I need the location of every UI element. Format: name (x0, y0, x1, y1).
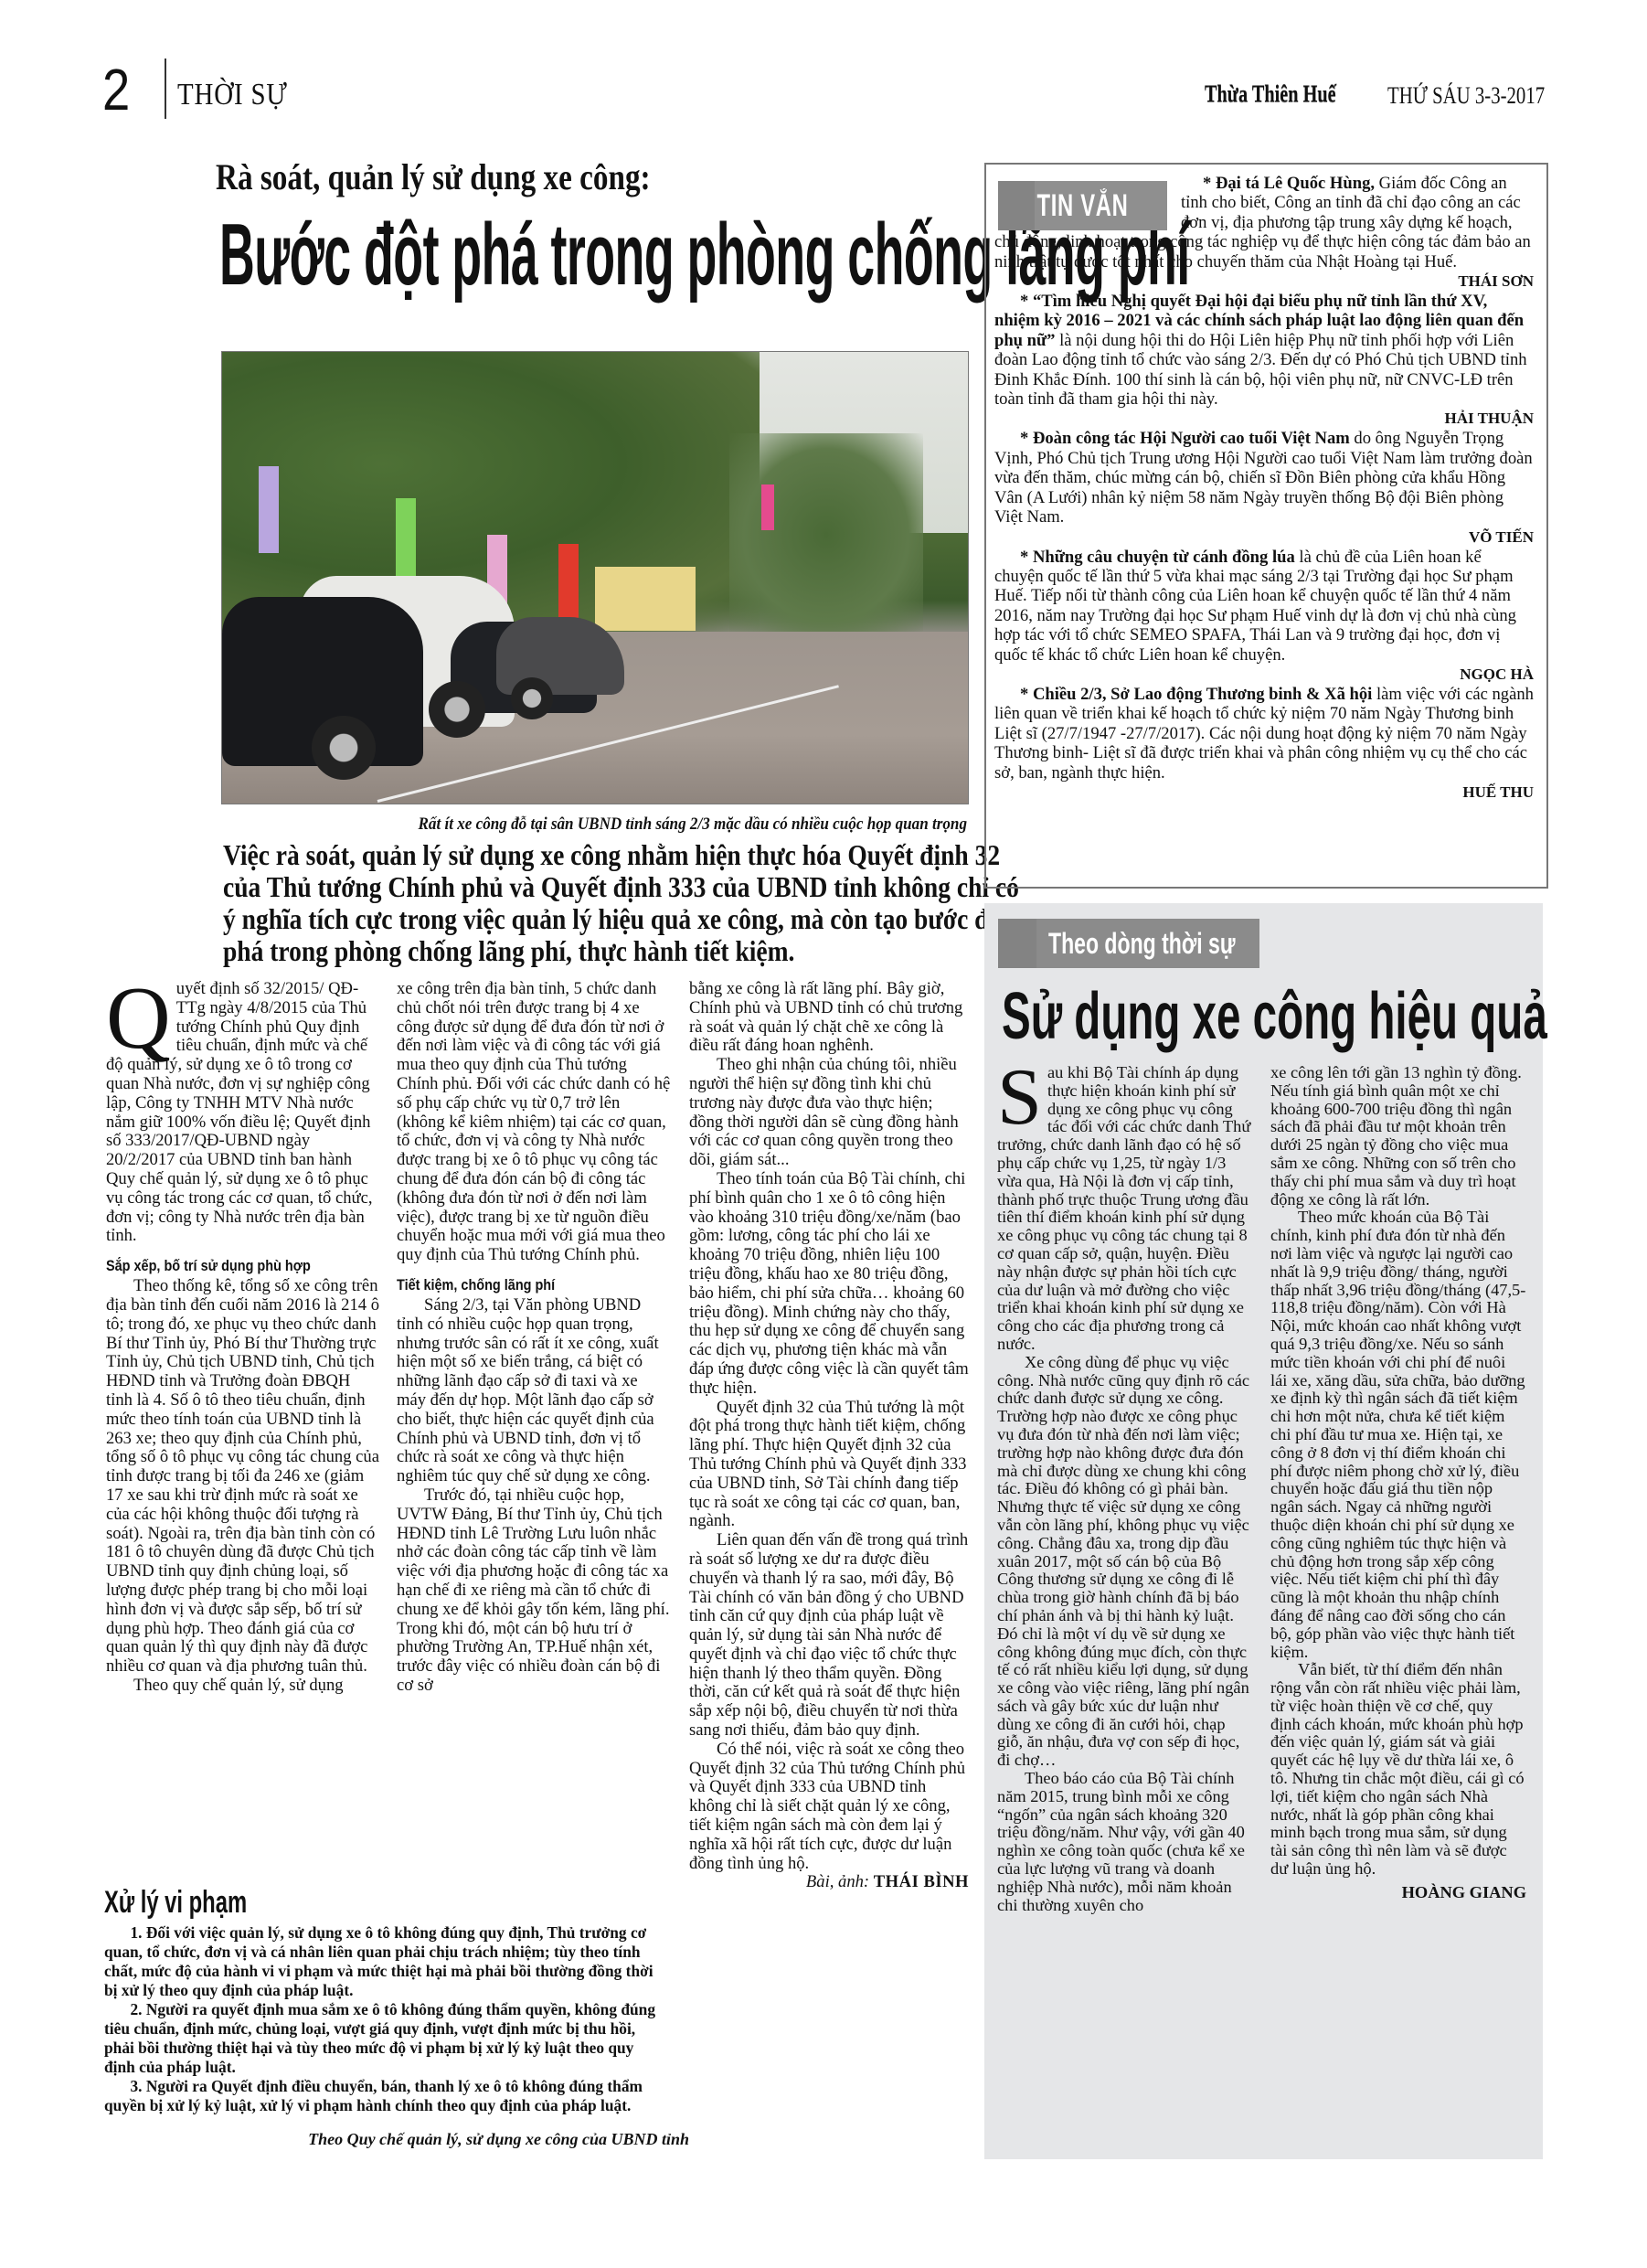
article-byline: Bài, ảnh: THÁI BÌNH (689, 1873, 969, 1892)
violation-item: 2. Người ra quyết định mua sắm xe ô tô k… (104, 2000, 660, 2077)
news-briefs-content: * Đại tá Lê Quốc Hùng, Giám đốc Công an … (994, 174, 1534, 803)
byline-author: THÁI BÌNH (874, 1872, 969, 1891)
paragraph: Sáng 2/3, tại Văn phòng UBND tỉnh có nhi… (397, 1296, 671, 1486)
side-article-tag-label: Theo dòng thời sự (1048, 927, 1236, 961)
paragraph: Theo báo cáo của Bộ Tài chính năm 2015, … (997, 1770, 1255, 1914)
brief-author: HUẾ THU (994, 783, 1534, 803)
violations-list: 1. Đối với việc quản lý, sử dụng xe ô tô… (104, 1923, 660, 2115)
violation-item: 3. Người ra Quyết định điều chuyển, bán,… (104, 2077, 660, 2115)
paragraph: bằng xe công là rất lãng phí. Bây giờ, C… (689, 980, 969, 1056)
paragraph: Theo tính toán của Bộ Tài chính, chi phí… (689, 1170, 969, 1399)
brief-author: HẢI THUẬN (994, 409, 1534, 429)
paragraph: Xe công dùng để phục vụ việc công. Nhà n… (997, 1354, 1255, 1770)
paragraph: Theo quy chế quản lý, sử dụng (106, 1677, 380, 1696)
side-article-byline: HOÀNG GIANG (1270, 1884, 1526, 1902)
lead-line: ý nghĩa tích cực trong việc quản lý hiệu… (223, 903, 883, 935)
side-article-column-2: xe công lên tới gần 13 nghìn tỷ đồng. Nế… (1270, 1064, 1526, 1902)
photo-trees-right (729, 433, 923, 636)
side-article-tag: Theo dòng thời sự (998, 919, 1259, 968)
paragraph: Quyết định 32 của Thủ tướng là một đột p… (689, 1399, 969, 1532)
paragraph: Theo ghi nhận của chúng tôi, nhiều người… (689, 1056, 969, 1170)
brief-author: VÕ TIẾN (994, 527, 1534, 548)
paragraph: xe công trên địa bàn tỉnh, 5 chức danh c… (397, 980, 671, 1265)
photo-gatehouse (595, 567, 696, 631)
brief-item: * “Tìm hiểu Nghị quyết Đại hội đại biểu … (994, 292, 1534, 409)
article-column-1: Quyết định số 32/2015/ QĐ-TTg ngày 4/8/2… (106, 980, 380, 1696)
byline-prefix: Bài, ảnh: (806, 1872, 869, 1891)
page-number: 2 (102, 60, 130, 119)
paragraph: Sau khi Bộ Tài chính áp dụng thực hiện k… (997, 1064, 1255, 1354)
paragraph: Liên quan đến vấn đề trong quá trình rà … (689, 1531, 969, 1741)
lead-line: phá trong phòng chống lãng phí, thực hàn… (223, 935, 883, 967)
violations-source: Theo Quy chế quản lý, sử dụng xe công củ… (104, 2130, 689, 2149)
drop-cap: Q (106, 982, 171, 1055)
subheading: Sắp xếp, bố trí sử dụng phù hợp (106, 1257, 339, 1275)
drop-cap: S (997, 1066, 1042, 1130)
brief-item: * Những câu chuyện từ cánh đồng lúa là c… (994, 548, 1534, 665)
paragraph: Có thể nói, việc rà soát xe công theo Qu… (689, 1741, 969, 1874)
paragraph: Quyết định số 32/2015/ QĐ-TTg ngày 4/8/2… (106, 980, 380, 1246)
violations-heading: Xử lý vi phạm (104, 1885, 247, 1921)
article-kicker: Rà soát, quản lý sử dụng xe công: (216, 155, 651, 199)
side-article-column-1: Sau khi Bộ Tài chính áp dụng thực hiện k… (997, 1064, 1255, 1914)
brief-item: * Đoàn công tác Hội Người cao tuổi Việt … (994, 429, 1534, 527)
article-column-2: xe công trên địa bàn tỉnh, 5 chức danh c… (397, 980, 671, 1696)
brief-item: * Chiều 2/3, Sở Lao động Thương binh & X… (994, 685, 1534, 783)
side-article-headline: Sử dụng xe công hiệu quả (1002, 973, 1547, 1060)
lead-line: của Thủ tướng Chính phủ và Quyết định 33… (223, 871, 883, 903)
photo-wheel (429, 681, 485, 738)
photo-wheel (511, 677, 553, 719)
article-lead: Việc rà soát, quản lý sử dụng xe công nh… (223, 839, 883, 967)
photo-caption: Rất ít xe công đỗ tại sân UBND tỉnh sáng… (291, 815, 967, 835)
subheading: Tiết kiệm, chống lãng phí (397, 1276, 630, 1294)
paragraph: Vẫn biết, từ thí điểm đến nhân rộng vẫn … (1270, 1661, 1526, 1879)
news-briefs-tag-label: TIN VẮN (1024, 188, 1142, 224)
article-photo-parked-cars (221, 351, 969, 804)
paragraph: xe công lên tới gần 13 nghìn tỷ đồng. Nế… (1270, 1064, 1526, 1209)
photo-flag (761, 484, 774, 530)
brief-author: THÁI SƠN (994, 272, 1534, 292)
lead-line: Việc rà soát, quản lý sử dụng xe công nh… (223, 839, 883, 871)
paragraph: Trước đó, tại nhiều cuộc họp, UVTW Đảng,… (397, 1486, 671, 1696)
paragraph: Theo thống kê, tổng số xe công trên địa … (106, 1277, 380, 1677)
header-divider (165, 59, 166, 119)
violation-item: 1. Đối với việc quản lý, sử dụng xe ô tô… (104, 1923, 660, 2000)
paragraph: Theo mức khoán của Bộ Tài chính, kinh ph… (1270, 1209, 1526, 1661)
article-column-3: bằng xe công là rất lãng phí. Bây giờ, C… (689, 980, 969, 1892)
section-name: THỜI SỰ (177, 79, 288, 112)
issue-date: THỨ SÁU 3-3-2017 (1387, 82, 1545, 110)
newspaper-name: Thừa Thiên Huế (1205, 80, 1336, 108)
photo-flag (396, 498, 416, 585)
photo-flag (259, 466, 279, 553)
news-briefs-tag: TIN VẮN (998, 181, 1167, 230)
photo-wheel (312, 716, 376, 780)
brief-author: NGỌC HÀ (994, 665, 1534, 685)
